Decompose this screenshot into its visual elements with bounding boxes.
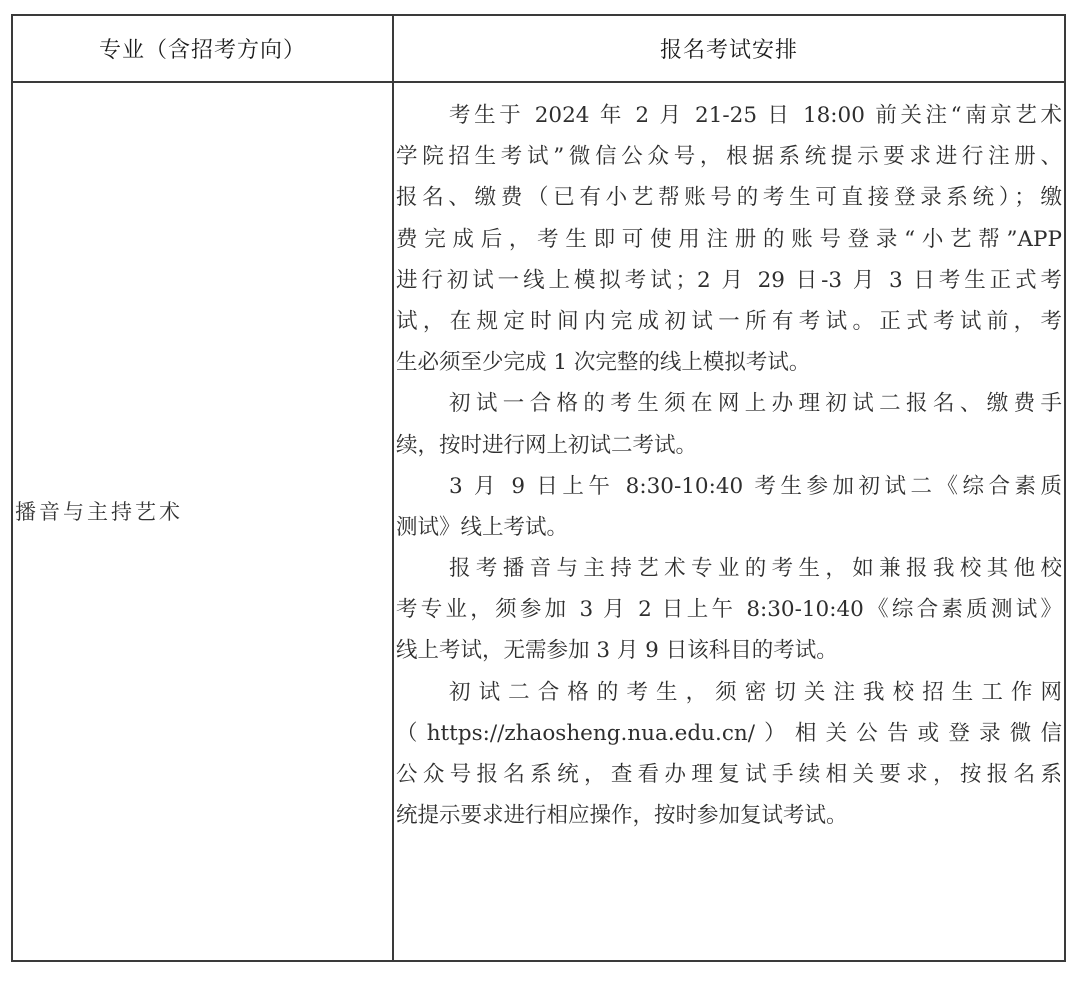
text-line: 报名、缴费（已有小艺帮账号的考生可直接登录系统）；缴 xyxy=(396,177,1062,218)
text-line: 测试》线上考试。 xyxy=(396,507,1062,548)
header-schedule: 报名考试安排 xyxy=(394,16,1064,81)
text-line: 3 月 9 日上午 8:30-10:40 考生参加初试二《综合素质 xyxy=(396,466,1062,507)
header-major: 专业（含招考方向） xyxy=(13,16,392,81)
text-line: 初试一合格的考生须在网上办理初试二报名、缴费手 xyxy=(396,383,1062,424)
text-line: 报考播音与主持艺术专业的考生，如兼报我校其他校 xyxy=(396,548,1062,589)
text-line: 续，按时进行网上初试二考试。 xyxy=(396,425,1062,466)
text-line: 生必须至少完成 1 次完整的线上模拟考试。 xyxy=(396,342,1062,383)
exam-schedule-table: 专业（含招考方向） 报名考试安排 播音与主持艺术 考生于 2024 年 2 月 … xyxy=(11,14,1066,962)
text-line: 考生于 2024 年 2 月 21-25 日 18:00 前关注“南京艺术 xyxy=(396,95,1062,136)
text-line: 考专业，须参加 3 月 2 日上午 8:30-10:40《综合素质测试》 xyxy=(396,589,1062,630)
table-header-row: 专业（含招考方向） 报名考试安排 xyxy=(13,16,1064,83)
text-line: 统提示要求进行相应操作，按时参加复试考试。 xyxy=(396,795,1062,836)
url-line: （https://zhaosheng.nua.edu.cn/）相关公告或登录微信 xyxy=(396,713,1062,754)
text-line: 学院招生考试”微信公众号，根据系统提示要求进行注册、 xyxy=(396,136,1062,177)
text-line: 初试二合格的考生，须密切关注我校招生工作网 xyxy=(396,672,1062,713)
text-line: 试，在规定时间内完成初试一所有考试。正式考试前，考 xyxy=(396,301,1062,342)
text-line: 线上考试，无需参加 3 月 9 日该科目的考试。 xyxy=(396,630,1062,671)
major-cell: 播音与主持艺术 xyxy=(15,496,183,526)
text-line: 公众号报名系统，查看办理复试手续相关要求，按报名系 xyxy=(396,754,1062,795)
text-line: 进行初试一线上模拟考试；2 月 29 日-3 月 3 日考生正式考 xyxy=(396,260,1062,301)
text-line: 费完成后，考生即可使用注册的账号登录“小艺帮”APP xyxy=(396,219,1062,260)
schedule-cell: 考生于 2024 年 2 月 21-25 日 18:00 前关注“南京艺术 学院… xyxy=(394,83,1064,960)
